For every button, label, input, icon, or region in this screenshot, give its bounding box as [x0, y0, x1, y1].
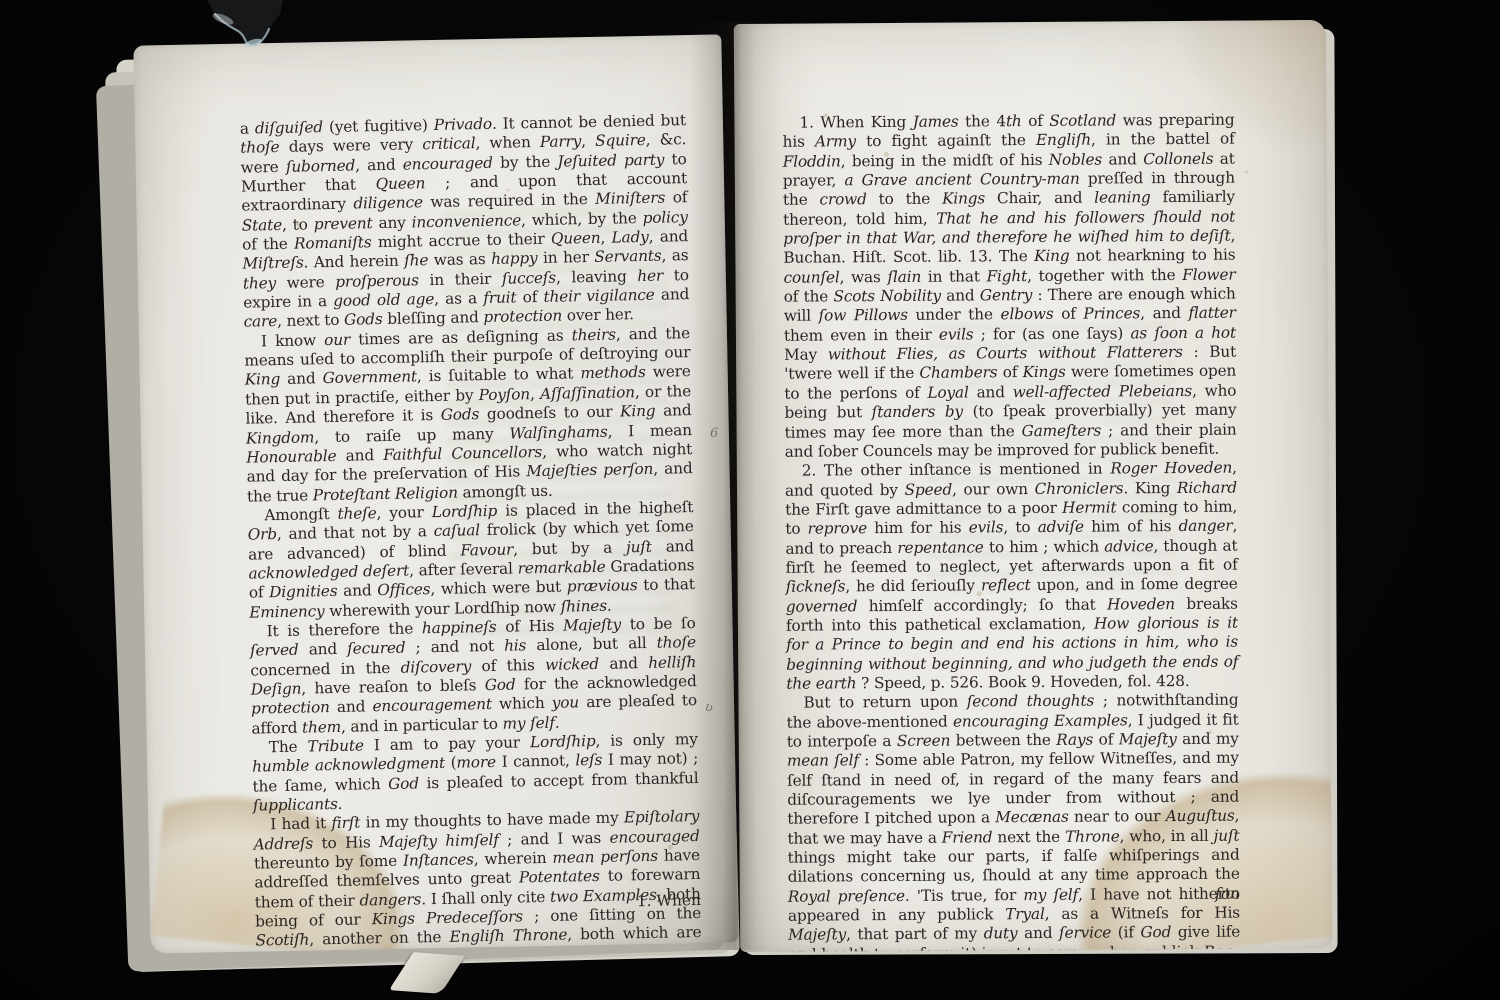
paragraph: It is therefore the happineſs of His Maj… [249, 614, 697, 739]
paragraph: a diſguiſed (yet fugitive) Privado. It c… [240, 111, 690, 332]
paragraph: But to return upon ſecond thoughts ; not… [786, 691, 1240, 952]
paragraph: The Tribute I am to pay your Lordſhip, i… [252, 730, 699, 816]
metal-clasp-icon [193, 0, 293, 58]
book-photo: a diſguiſed (yet fugitive) Privado. It c… [0, 0, 1500, 1000]
left-page-text: a diſguiſed (yet fugitive) Privado. It c… [240, 111, 701, 925]
paragraph: 1. When King James the 4th of Scotland w… [782, 111, 1236, 462]
paragraph: I know our times are as deſigning as the… [244, 324, 693, 507]
paragraph: I had it firſt in my thoughts to have ma… [253, 807, 702, 953]
paragraph: 2. The other inſtance is mentioned in Ro… [785, 459, 1239, 694]
paragraph: Amongſt theſe, your Lordſhip is placed i… [247, 498, 695, 623]
pen-mark: 6 [710, 426, 718, 441]
right-page-text: 1. When King James the 4th of Scotland w… [782, 111, 1240, 906]
left-page: a diſguiſed (yet fugitive) Privado. It c… [133, 34, 738, 953]
right-page: 1. When King James the 4th of Scotland w… [734, 20, 1332, 952]
catchword-right: ſon [788, 885, 1240, 906]
